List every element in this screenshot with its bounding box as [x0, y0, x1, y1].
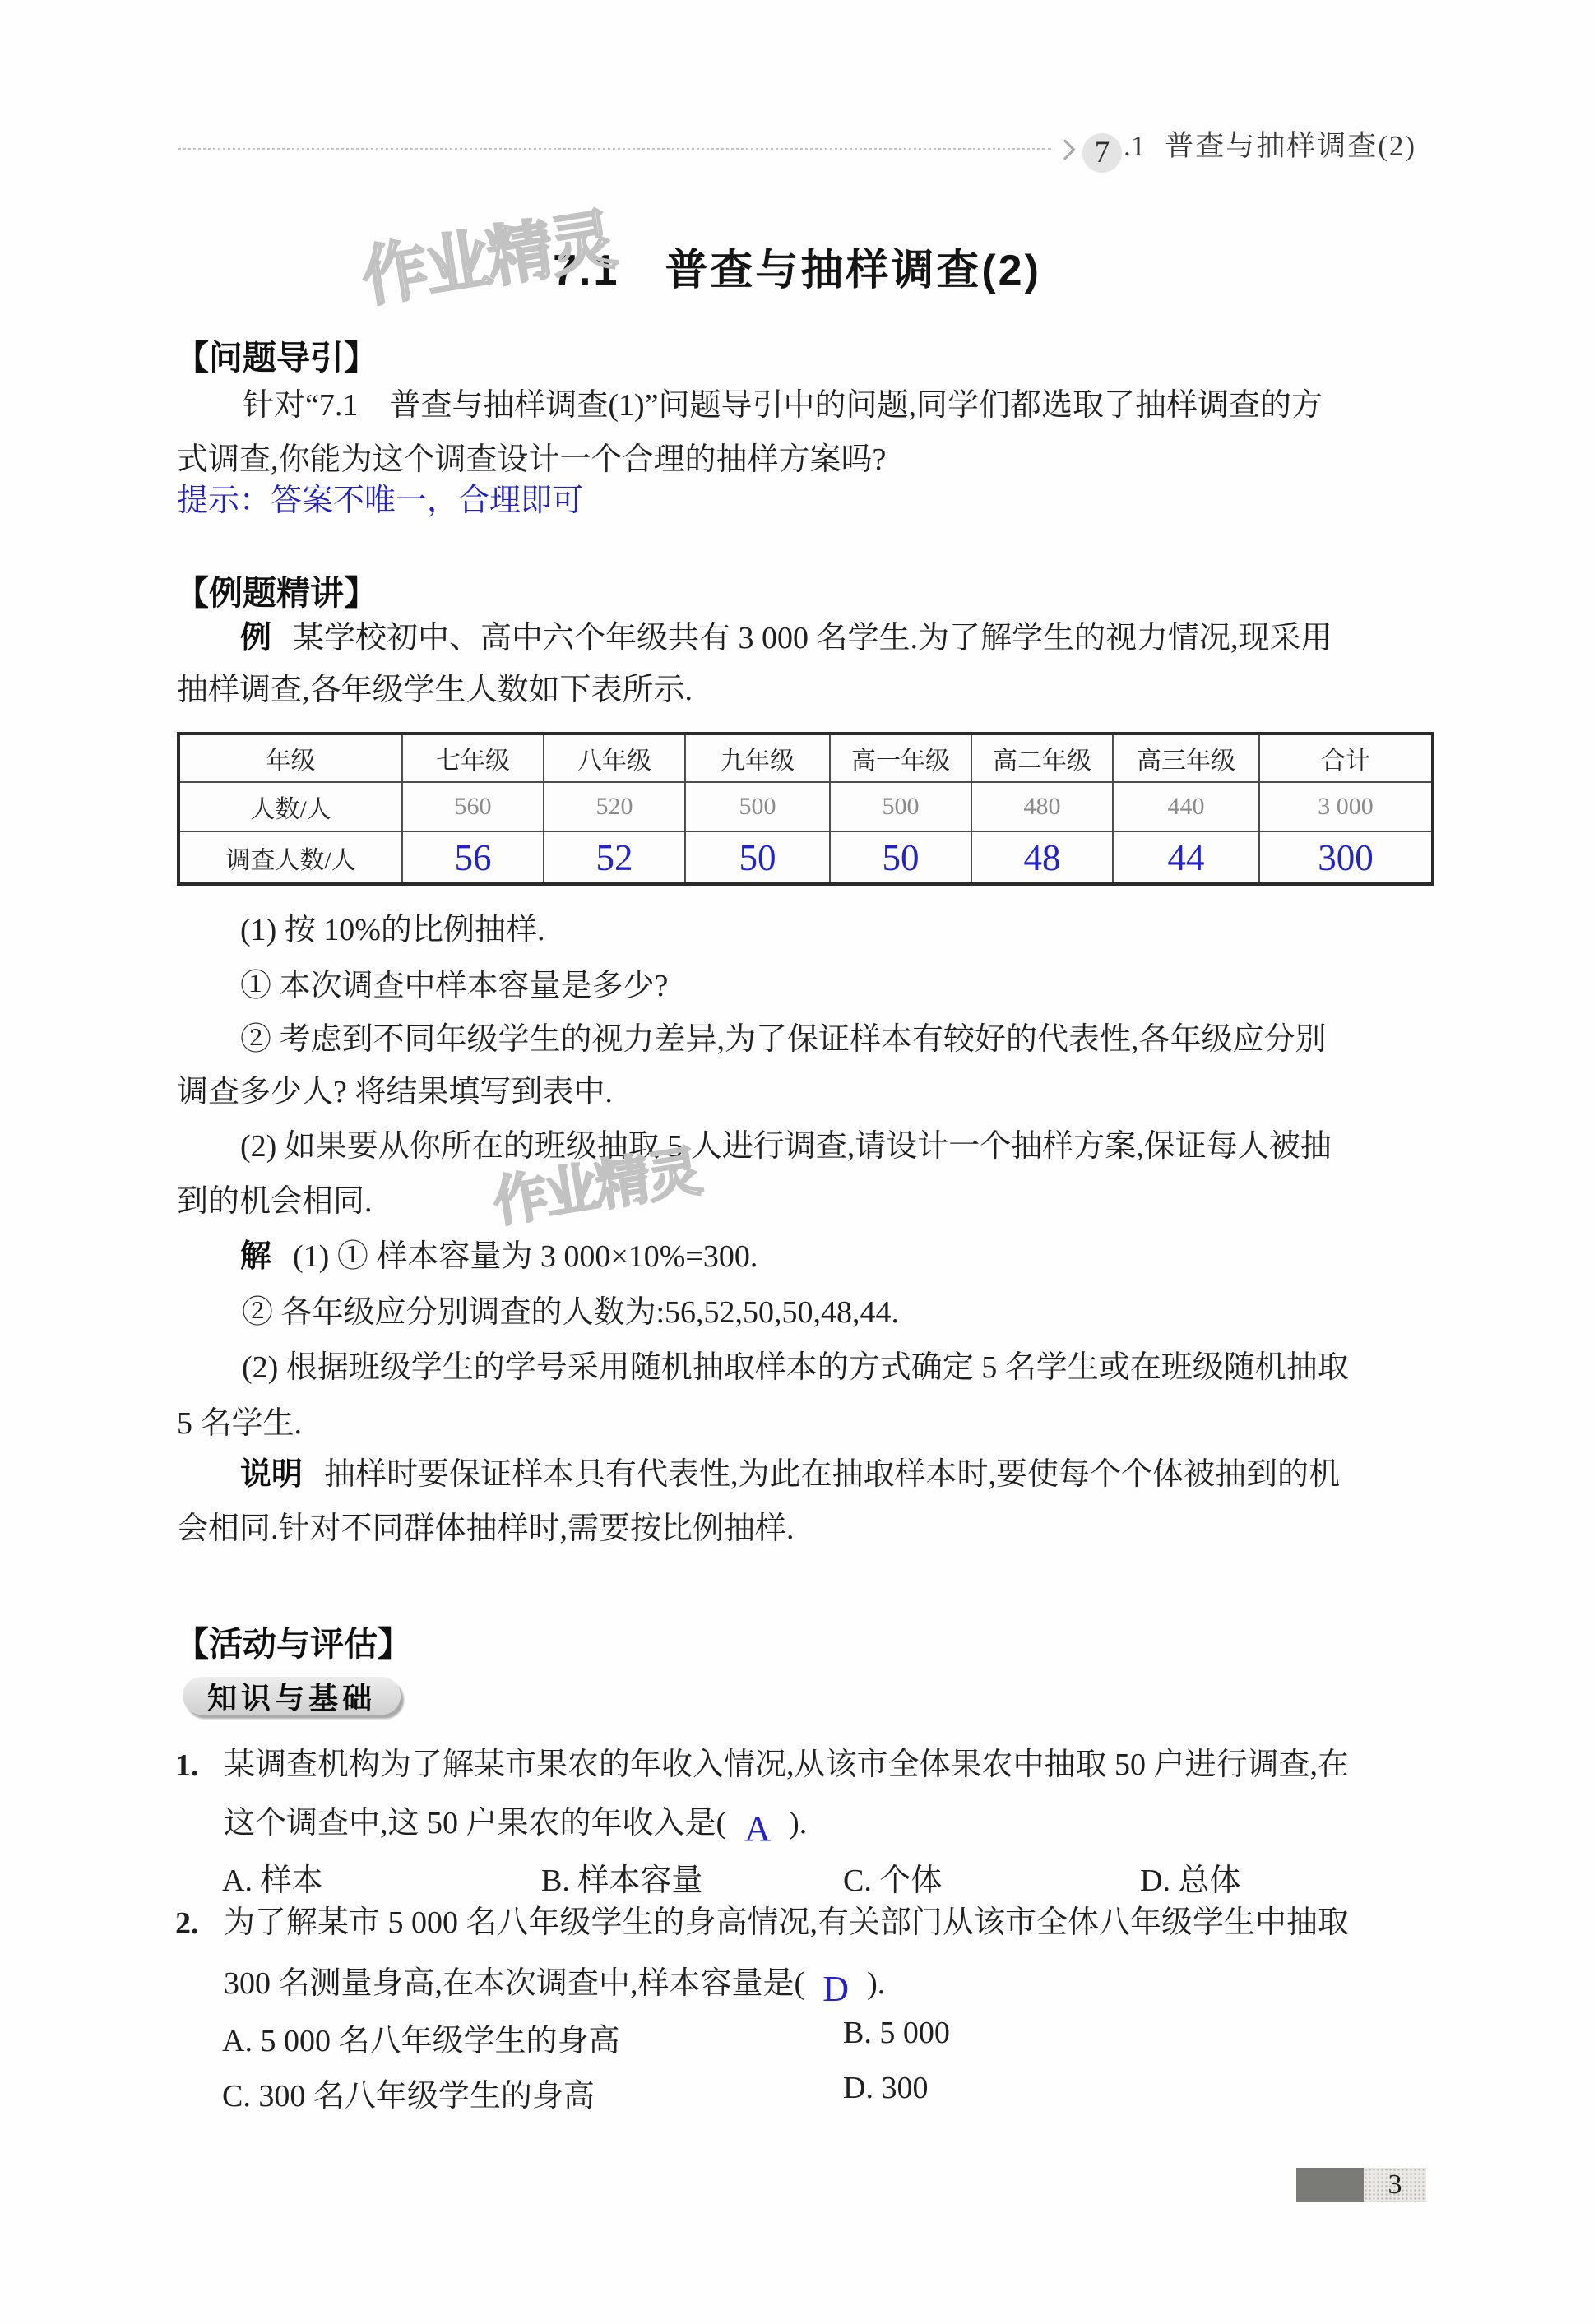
survey-cell: 300	[1259, 831, 1433, 884]
table-header-cell: 八年级	[544, 734, 685, 782]
solution-line-3: (2) 根据班级学生的学号采用随机抽取样本的方式确定 5 名学生或在班级随机抽取	[242, 1350, 1349, 1387]
solution-label: 解	[240, 1239, 271, 1274]
survey-cell: 44	[1113, 831, 1259, 884]
subquestion-1: (1) 按 10%的比例抽样.	[240, 913, 544, 949]
table-header-cell: 年级	[178, 734, 402, 782]
example-label: 例	[240, 621, 271, 655]
grade-sample-table: 年级 七年级 八年级 九年级 高一年级 高二年级 高三年级 合计 人数/人 56…	[177, 732, 1434, 886]
running-header: 7.1普查与抽样调查(2)	[1082, 123, 1416, 173]
solution-note-line-1: 说明抽样时要保证样本具有代表性,为此在抽取样本时,要使每个个体被抽到的机	[240, 1457, 1340, 1493]
textbook-page: 7.1普查与抽样调查(2) 作业精灵 作业精灵 7.1 普查与抽样调查(2) 【…	[0, 0, 1594, 2324]
arrow-right-icon	[1054, 139, 1075, 160]
survey-cell: 50	[830, 831, 971, 884]
solution-line-1: 解(1) ① 样本容量为 3 000×10%=300.	[240, 1239, 758, 1275]
table-header-cell: 高一年级	[830, 734, 971, 782]
subquestion-2-line-1: (2) 如果要从你所在的班级抽取 5 人进行调查,请设计一个抽样方案,保证每人被…	[240, 1129, 1332, 1165]
section-heading-problem-guide: 【问题导引】	[175, 331, 378, 379]
count-cell: 440	[1113, 782, 1259, 831]
header-section-suffix: .1	[1124, 130, 1145, 162]
survey-cell: 56	[402, 831, 544, 884]
survey-cell: 52	[544, 831, 685, 884]
count-cell: 520	[544, 782, 685, 831]
hint-text: 提示：答案不唯一，合理即可	[177, 484, 583, 520]
question-2-answer: D	[804, 1969, 867, 2011]
count-cell: 500	[685, 782, 830, 831]
question-2-line-2-pre: 300 名测量身高,在本次调查中,样本容量是(	[224, 1966, 804, 2001]
table-header-cell: 合计	[1259, 734, 1433, 782]
subquestion-2-line-2: 到的机会相同.	[177, 1184, 373, 1220]
table-header-cell: 高二年级	[971, 734, 1113, 782]
q1-option-b: B. 样本容量	[541, 1854, 702, 1900]
q2-option-c: C. 300 名八年级学生的身高	[222, 2070, 595, 2115]
question-2-line-1: 为了解某市 5 000 名八年级学生的身高情况,有关部门从该市全体八年级学生中抽…	[224, 1905, 1349, 1942]
count-cell: 560	[402, 782, 544, 831]
question-2-line-2-post: ).	[867, 1966, 885, 2001]
survey-cell: 48	[971, 831, 1113, 884]
table-header-cell: 七年级	[402, 734, 544, 782]
survey-cell: 50	[685, 831, 830, 884]
q2-option-a: A. 5 000 名八年级学生的身高	[222, 2015, 619, 2060]
q2-option-b: B. 5 000	[843, 2015, 950, 2051]
question-2-line-2: 300 名测量身高,在本次调查中,样本容量是(D).	[224, 1961, 885, 2003]
table-header-row: 年级 七年级 八年级 九年级 高一年级 高二年级 高三年级 合计	[178, 734, 1433, 782]
note-label: 说明	[240, 1457, 303, 1492]
note-text-1: 抽样时要保证样本具有代表性,为此在抽取样本时,要使每个个体被抽到的机	[324, 1457, 1340, 1492]
page-badge-bar	[1296, 2168, 1364, 2202]
q2-option-d: D. 300	[843, 2070, 928, 2106]
knowledge-basics-badge: 知识与基础	[183, 1677, 401, 1715]
survey-row-label: 调查人数/人	[178, 831, 402, 884]
question-1-number: 1.	[175, 1748, 199, 1784]
header-dotted-rule	[178, 148, 1051, 150]
page-title: 7.1 普查与抽样调查(2)	[0, 235, 1594, 297]
header-section-title: 普查与抽样调查(2)	[1165, 130, 1416, 162]
section-heading-example: 【例题精讲】	[175, 566, 378, 614]
subquestion-1-1: ① 本次调查中样本容量是多少?	[240, 969, 668, 1005]
solution-note-line-2: 会相同.针对不同群体抽样时,需要按比例抽样.	[177, 1512, 795, 1548]
solution-text-1: (1) ① 样本容量为 3 000×10%=300.	[293, 1239, 758, 1274]
count-cell: 480	[971, 782, 1113, 831]
page-number: 3	[1364, 2168, 1426, 2202]
problem-guide-line-1: 针对“7.1 普查与抽样调查(1)”问题导引中的问题,同学们都选取了抽样调查的方	[243, 388, 1323, 424]
question-1-answer: A	[726, 1808, 789, 1850]
example-text-1: 某学校初中、高中六个年级共有 3 000 名学生.为了解学生的视力情况,现采用	[293, 621, 1332, 655]
question-1-line-2-post: ).	[789, 1806, 807, 1840]
table-count-row: 人数/人 560 520 500 500 480 440 3 000	[178, 782, 1433, 831]
subquestion-1-2-line-1: ② 考虑到不同年级学生的视力差异,为了保证样本有较好的代表性,各年级应分别	[240, 1022, 1327, 1058]
example-line-2: 抽样调查,各年级学生人数如下表所示.	[177, 673, 693, 709]
table-header-cell: 九年级	[685, 734, 830, 782]
count-cell: 3 000	[1259, 782, 1433, 831]
solution-line-2: ② 各年级应分别调查的人数为:56,52,50,50,48,44.	[242, 1295, 899, 1331]
count-row-label: 人数/人	[178, 782, 402, 831]
question-1-line-1: 某调查机构为了解某市果农的年收入情况,从该市全体果农中抽取 50 户进行调查,在	[224, 1748, 1349, 1784]
page-number-badge: 3	[1296, 2168, 1426, 2202]
section-number-circle: 7	[1082, 133, 1122, 173]
count-cell: 500	[830, 782, 971, 831]
question-1-line-2-pre: 这个调查中,这 50 户果农的年收入是(	[224, 1806, 726, 1840]
question-2-number: 2.	[175, 1905, 199, 1942]
table-header-cell: 高三年级	[1113, 734, 1259, 782]
subquestion-1-2-line-2: 调查多少人? 将结果填写到表中.	[177, 1075, 613, 1111]
section-heading-activity: 【活动与评估】	[175, 1617, 411, 1665]
q1-option-a: A. 样本	[222, 1854, 322, 1900]
table-survey-row: 调查人数/人 56 52 50 50 48 44 300	[178, 831, 1433, 884]
example-line-1: 例某学校初中、高中六个年级共有 3 000 名学生.为了解学生的视力情况,现采用	[240, 621, 1332, 657]
solution-line-4: 5 名学生.	[177, 1406, 302, 1442]
question-1-line-2: 这个调查中,这 50 户果农的年收入是(A).	[224, 1801, 807, 1843]
q1-option-d: D. 总体	[1140, 1854, 1240, 1900]
problem-guide-line-2: 式调查,你能为这个调查设计一个合理的抽样方案吗?	[177, 442, 886, 479]
q1-option-c: C. 个体	[843, 1854, 942, 1900]
